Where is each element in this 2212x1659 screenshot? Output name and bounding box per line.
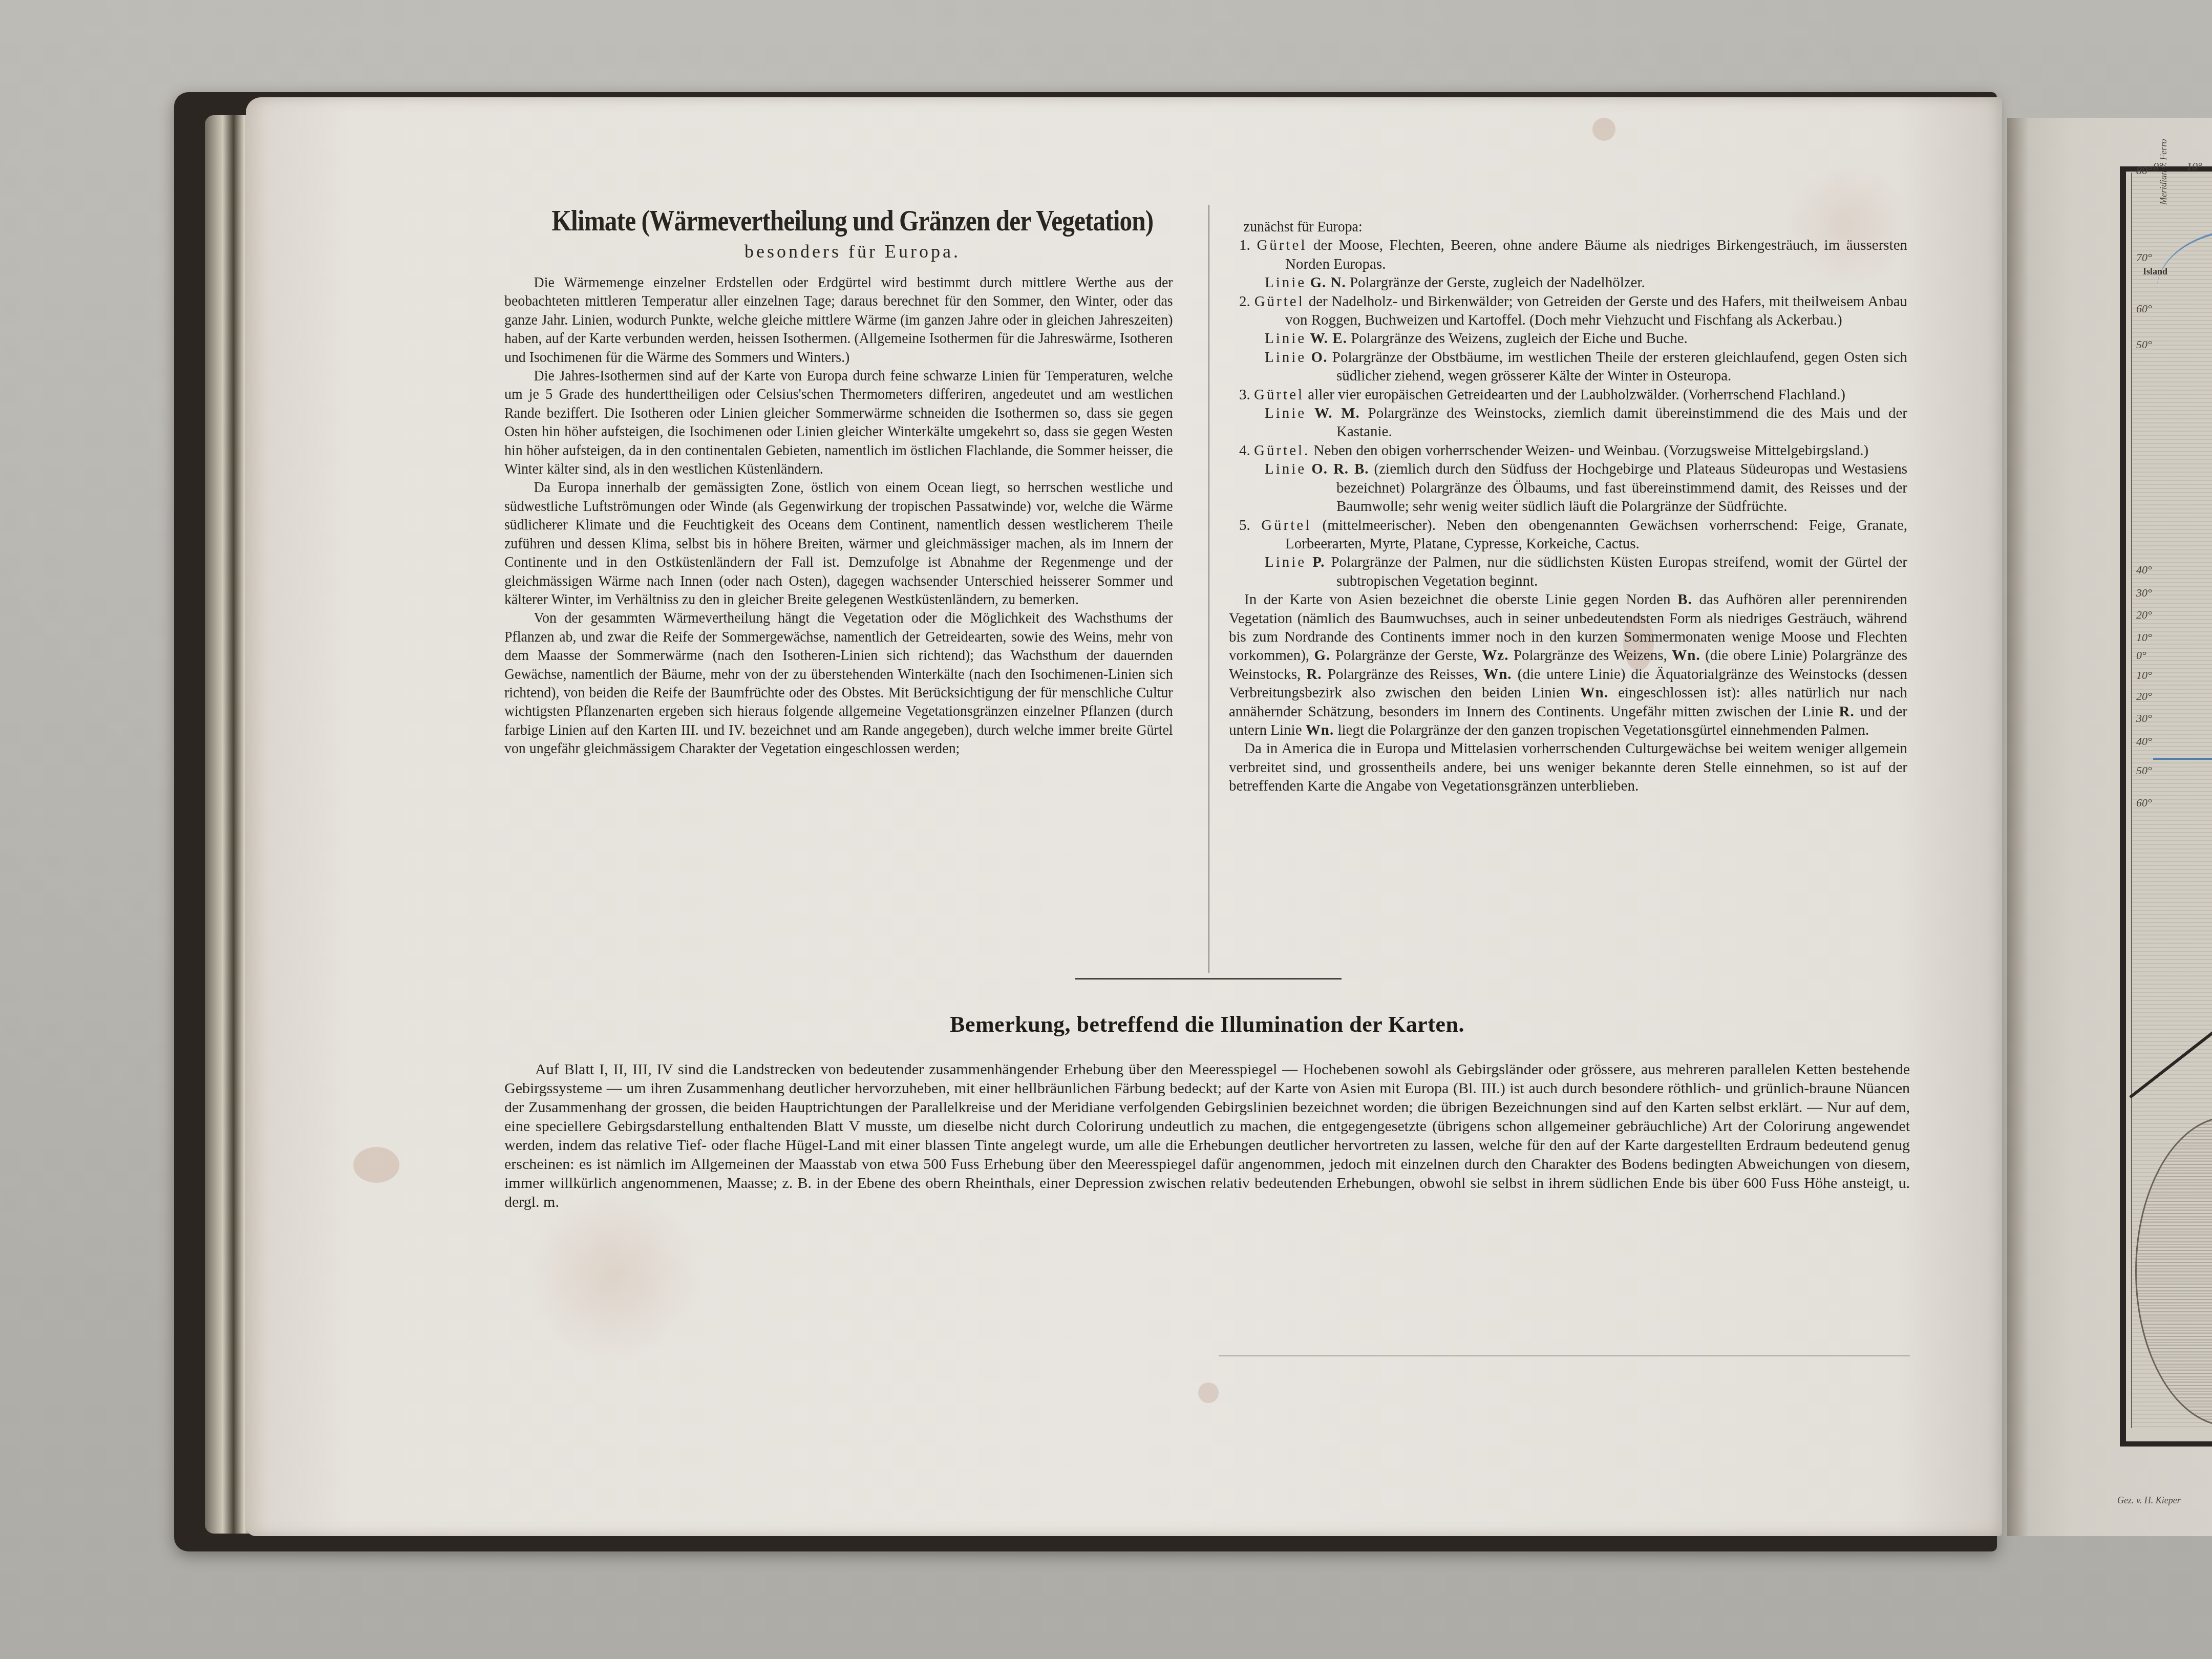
- line-code: R.: [1839, 704, 1855, 720]
- linie-prefix: Linie: [1265, 330, 1306, 347]
- belt-label: Gürtel: [1257, 237, 1307, 253]
- line-text: Polargränze des Weinstocks, ziemlich dam…: [1336, 405, 1907, 440]
- belt-text: der Moose, Flechten, Beeren, ohne andere…: [1285, 237, 1907, 272]
- latitude-label: 60°: [2136, 302, 2152, 315]
- belt-label: Gürtel: [1254, 387, 1304, 403]
- left-column: Klimate (Wärmevertheilung und Gränzen de…: [504, 205, 1201, 758]
- meridian-note: Meridian v. Ferro: [2158, 139, 2169, 205]
- paragraph: Die Wärmemenge einzelner Erdstellen oder…: [504, 273, 1173, 367]
- latitude-label: 10°: [2136, 631, 2152, 644]
- line-text: (ziemlich durch den Südfuss der Hochgebi…: [1336, 461, 1907, 515]
- map-isotherm-line: [2153, 758, 2212, 760]
- asia-paragraph: In der Karte von Asien bezeichnet die ob…: [1229, 590, 1907, 739]
- text-run: Polargränze des Weizens,: [1514, 647, 1667, 664]
- line-code: Wn.: [1306, 722, 1334, 738]
- latitude-label: 40°: [2136, 735, 2152, 748]
- text-run: liegt die Polargränze der den ganzen tro…: [1337, 722, 1869, 738]
- remark-paragraph: Auf Blatt I, II, III, IV sind die Landst…: [504, 1060, 1910, 1211]
- america-paragraph: Da in America die in Europa und Mittelas…: [1229, 739, 1907, 795]
- belt-2: 2. Gürtel der Nadelholz- und Birkenwälde…: [1229, 292, 1907, 386]
- line-code: Wn.: [1672, 647, 1700, 664]
- belt-5: 5. Gürtel (mittelmeerischer). Neben den …: [1229, 516, 1907, 591]
- latitude-label: 0°: [2136, 649, 2146, 662]
- text-run: In der Karte von Asien bezeichnet die ob…: [1244, 591, 1670, 608]
- line-code: P.: [1312, 554, 1325, 570]
- belt-label: Gürtel.: [1254, 442, 1310, 459]
- place-label: Island: [2143, 266, 2167, 277]
- line-code: O.: [1311, 349, 1328, 366]
- line-code: B.: [1677, 591, 1692, 608]
- latitude-label: 60°: [2136, 796, 2152, 810]
- line-code: R.: [1306, 666, 1322, 683]
- latitude-label: 70°: [2136, 251, 2152, 264]
- line-text: Polargränze des Weizens, zugleich der Ei…: [1351, 330, 1688, 347]
- belt-label: Gürtel: [1254, 293, 1305, 310]
- latitude-label: 30°: [2136, 586, 2152, 600]
- latitude-label: 50°: [2136, 338, 2152, 351]
- remark-heading: Bemerkung, betreffend die Illumination d…: [504, 1011, 1910, 1037]
- linie-prefix: Linie: [1265, 349, 1306, 366]
- belt-number: 1.: [1239, 237, 1250, 253]
- latitude-label: 30°: [2136, 712, 2152, 725]
- paper-stain: [353, 1147, 399, 1183]
- line-text: Polargränze der Palmen, nur die südlichs…: [1331, 554, 1907, 589]
- line-code: Wz.: [1482, 647, 1508, 664]
- paragraph: Von der gesammten Wärmevertheilung hängt…: [504, 609, 1173, 758]
- belt-text: (mittelmeerischer). Neben den obengenann…: [1285, 517, 1907, 552]
- belt-text: der Nadelholz- und Birkenwälder; von Get…: [1285, 293, 1907, 328]
- line-text: Polargränze der Gerste, zugleich der Nad…: [1350, 274, 1645, 291]
- longitude-label: 10°: [2186, 160, 2202, 173]
- line-code: Wn.: [1580, 685, 1608, 701]
- linie-prefix: Linie: [1265, 554, 1306, 570]
- belt-text: Neben den obigen vorherrschender Weizen-…: [1314, 442, 1869, 459]
- linie-prefix: Linie: [1265, 461, 1306, 477]
- paragraph: Da Europa innerhalb der gemässigten Zone…: [504, 478, 1173, 609]
- text-run: Polargränze des Reisses,: [1328, 666, 1478, 683]
- page-subtitle: besonders für Europa.: [504, 241, 1201, 262]
- section-divider: [1075, 978, 1342, 980]
- latitude-label: 10°: [2136, 669, 2152, 682]
- latitude-label: 80°: [2136, 164, 2152, 177]
- line-text: Polargränze der Obstbäume, im westlichen…: [1332, 349, 1907, 384]
- latitude-label: 20°: [2136, 690, 2152, 703]
- line-code: G.: [1314, 647, 1331, 664]
- latitude-label: 50°: [2136, 764, 2152, 777]
- linie-prefix: Linie: [1265, 405, 1306, 421]
- paper-stain: [1592, 118, 1615, 141]
- latitude-label: 20°: [2136, 608, 2152, 622]
- belt-number: 2.: [1239, 293, 1250, 310]
- belt-4: 4. Gürtel. Neben den obigen vorherrschen…: [1229, 441, 1907, 516]
- latitude-label: 40°: [2136, 563, 2152, 577]
- text-run: Polargränze der Gerste,: [1335, 647, 1477, 664]
- map-credit: Gez. v. H. Kieper: [2117, 1495, 2181, 1506]
- belt-label: Gürtel: [1261, 517, 1311, 534]
- line-code: W. M.: [1314, 405, 1360, 421]
- belt-number: 3.: [1239, 387, 1250, 403]
- belt-number: 4.: [1239, 442, 1250, 459]
- line-code: W. E.: [1310, 330, 1347, 347]
- column-divider: [1208, 205, 1209, 973]
- right-column: zunächst für Europa: 1. Gürtel der Moose…: [1229, 218, 1907, 796]
- bleed-through-rule: [1219, 1355, 1910, 1356]
- belt-number: 5.: [1239, 517, 1250, 534]
- belt-3: 3. Gürtel aller vier europäischen Getrei…: [1229, 386, 1907, 441]
- belt-1: 1. Gürtel der Moose, Flechten, Beeren, o…: [1229, 236, 1907, 292]
- page-title: Klimate (Wärmevertheilung und Gränzen de…: [546, 205, 1159, 238]
- belt-text: aller vier europäischen Getreidearten un…: [1308, 387, 1845, 403]
- intro-line: zunächst für Europa:: [1229, 218, 1880, 236]
- line-code: Wn.: [1483, 666, 1512, 683]
- line-code: G. N.: [1310, 274, 1346, 291]
- remark-section: Auf Blatt I, II, III, IV sind die Landst…: [504, 1060, 1910, 1211]
- paragraph: Die Jahres-Isothermen sind auf der Karte…: [504, 367, 1173, 478]
- paper-stain: [1198, 1382, 1219, 1403]
- line-code: O. R. B.: [1311, 461, 1369, 477]
- linie-prefix: Linie: [1265, 274, 1306, 291]
